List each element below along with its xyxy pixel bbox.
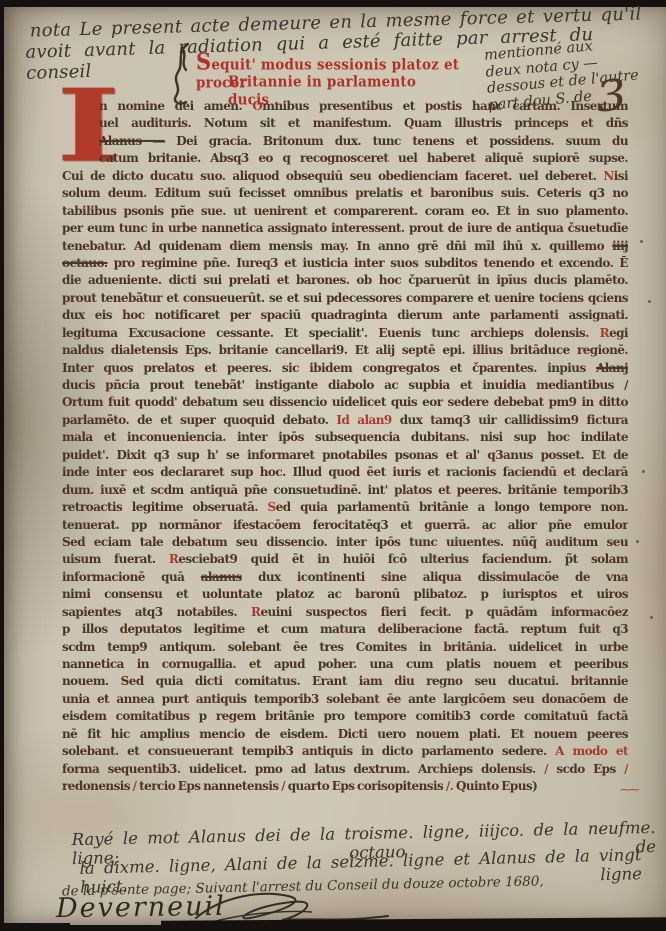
manuscript-line: retroactis legitime obseruatā. Sed quia …: [62, 500, 628, 518]
manuscript-line: inde inter eos declararet sup hoc. Illud…: [62, 465, 628, 483]
gothic-text: informacionē quā: [62, 570, 201, 584]
manuscript-line: ducis pñcia prout tenebãt' instigante di…: [62, 378, 628, 396]
manuscript-line: Alanus ― Dei gracia. Britonum dux. tunc …: [99, 134, 628, 152]
gothic-text: dux tamq3 uir callidissim9 fictura: [392, 413, 628, 427]
gothic-text: tercio Eps nannetensis: [136, 779, 281, 793]
manuscript-line: Cui de dicto ducatu suo. aliquod obsequi…: [62, 168, 628, 186]
manuscript-line: naldus dialetensis Eps. britanie cancell…: [62, 343, 628, 361]
manuscript-line: forma sequentib3. uidelicet. pmo ad latu…: [62, 761, 628, 779]
gothic-text: legituma Excusacione cessante. Et specia…: [62, 325, 600, 339]
manuscript-line: die adueniente. dicti sui prelati et bar…: [62, 273, 628, 291]
gothic-text: tenuerat. pp normānor ifestacōem ferocit…: [62, 517, 628, 531]
gothic-text: dux icontinenti sine aliqua dissimulacōe…: [242, 570, 628, 584]
gothic-text: egi: [609, 325, 628, 339]
gothic-text: esciebat9 quid ēt in huiōi fcō ulterius …: [178, 552, 628, 566]
gothic-text: solebant. et consueuerant tempib3 antiqu…: [62, 744, 555, 758]
manuscript-line: catum britanie. Absq3 eo q recognosceret…: [99, 151, 628, 169]
gothic-text: redonensis: [62, 779, 133, 793]
gothic-text: uisum fuerat.: [62, 552, 169, 566]
struck-text: Alanj: [596, 360, 628, 374]
rubricated-text: R: [169, 552, 178, 566]
manuscript-line: nimi consensu et uoluntate platoz ac bar…: [62, 587, 628, 605]
rubricated-text: Id alan9: [336, 413, 391, 427]
scan-edge-bottom: [161, 917, 666, 931]
gothic-text: ducis pñcia prout tenebãt' instigante di…: [62, 378, 628, 392]
gothic-text: solum deum. Editum suū fecisset omnibus …: [62, 186, 628, 200]
manuscript-text-block: n nomine dei amen. Omnibus presentibus e…: [62, 99, 628, 797]
gothic-text: Quinto Epus): [453, 779, 537, 793]
manuscript-line: solebant. et consueuerant tempib3 antiqu…: [62, 744, 628, 762]
gothic-text: scdm temp9 antiqum. solebant ēe tres Com…: [62, 639, 628, 653]
gothic-text: prout tenebãtur et consueuerūt. se et su…: [62, 291, 628, 305]
gothic-text: sapientes atq3 notabiles.: [62, 604, 251, 618]
gothic-text: n nomine dei amen.: [99, 99, 252, 113]
gothic-text: nannetica in cornugallia. et apud poher.…: [62, 657, 628, 671]
gothic-text: tenebatur. Ad quidenam diem mensis may. …: [62, 238, 612, 252]
gothic-text: naldus dialetensis Eps. britanie cancell…: [62, 343, 628, 357]
manuscript-line: per eum tunc in urbe nannetica assignato…: [62, 221, 628, 239]
manuscript-line: tenebatur. Ad quidenam diem mensis may. …: [62, 238, 628, 256]
manuscript-scan-page: { "palette":{"background":"#14110e","par…: [0, 0, 666, 931]
gothic-text: Cui de dicto ducatu suo. aliquod obsequi…: [62, 168, 603, 182]
gothic-text: ed quia parlamentū britānie a longo temp…: [276, 500, 628, 514]
gothic-text: pro regimine pñe. Iureq3 et iusticia int…: [107, 256, 628, 270]
manuscript-line: uisum fuerat. Resciebat9 quid ēt in huiō…: [62, 552, 628, 570]
manuscript-line: puidet'. Dixit q3 sup h' se informaret p…: [62, 447, 628, 465]
manuscript-line: nē fit hic amplius mencio de eisdem. Dic…: [62, 726, 628, 744]
struck-text: iiij: [612, 238, 628, 252]
gothic-text: retroactis legitime obseruatā.: [62, 500, 268, 514]
manuscript-line: tabilibus psonis pñe sue. ut uenirent et…: [62, 203, 628, 221]
manuscript-line: p illos deputatos legitime et cum matura…: [62, 622, 628, 640]
manuscript-line: Ortum fuit quodd' debatum seu dissencio …: [62, 395, 628, 413]
ink-speck: [636, 540, 639, 543]
ink-speck: [642, 470, 645, 473]
gothic-text: scdo Eps: [548, 761, 624, 775]
gothic-text: inde inter eos declararet sup hoc. Illud…: [62, 465, 628, 479]
gothic-text: Inter quos prelatos et peeres. sic ibide…: [62, 360, 596, 374]
gothic-text: tabilibus psonis pñe sue. ut uenirent et…: [62, 203, 628, 217]
manuscript-line: tenuerat. pp normānor ifestacōem ferocit…: [62, 517, 628, 535]
gothic-text: nouem. Sed quia dicti comitatus. Erant i…: [62, 674, 628, 688]
manuscript-line: Inter quos prelatos et peeres. sic ibide…: [62, 360, 628, 378]
manuscript-line: parlamẽto. de et super quoquid debato. I…: [62, 413, 628, 431]
rubricated-text: R: [600, 325, 609, 339]
gothic-text: mnibus presentibus et postis hanc cartam…: [262, 99, 628, 113]
manuscript-line: eisdem comitatibus p regem britānie pro …: [62, 709, 628, 727]
gothic-text: parlamẽto. de et super quoquid debato.: [62, 413, 336, 427]
manuscript-line: nannetica in cornugallia. et apud poher.…: [62, 657, 628, 675]
gothic-text: quarto Eps corisopitensis: [285, 779, 446, 793]
manuscript-line: dum. iuxē et scdm antiquā pñe consuetudi…: [62, 482, 628, 500]
manuscript-line: octauo. pro regimine pñe. Iureq3 et iust…: [62, 256, 628, 274]
gothic-text: Sed eciam tale debatum seu dissencio. in…: [62, 535, 628, 549]
gothic-text: die adueniente. dicti sui prelati et bar…: [62, 273, 628, 287]
gothic-text: puidet'. Dixit q3 sup h' se informaret p…: [62, 447, 628, 461]
ink-speck: [648, 300, 651, 303]
gothic-text: per eum tunc in urbe nannetica assignato…: [62, 221, 628, 235]
scan-edge-corner: [0, 923, 70, 931]
manuscript-line: legituma Excusacione cessante. Et specia…: [62, 325, 628, 343]
gothic-text: dum. iuxē et scdm antiquā pñe consuetudi…: [62, 482, 628, 496]
manuscript-line: prout tenebãtur et consueuerūt. se et su…: [62, 291, 628, 309]
gothic-text: eisdem comitatibus p regem britānie pro …: [62, 709, 628, 723]
manuscript-line: nouem. Sed quia dicti comitatus. Erant i…: [62, 674, 628, 692]
gothic-text: unia et annea purt antiquis temporib3 so…: [62, 692, 628, 706]
manuscript-line: scdm temp9 antiqum. solebant ēe tres Com…: [62, 639, 628, 657]
rubricated-text: N: [603, 168, 613, 182]
gothic-text: Dei gracia. Britonum dux. tunc tenens et…: [165, 134, 628, 148]
manuscript-line: n nomine dei amen. Omnibus presentibus e…: [99, 99, 628, 117]
gothic-text: nimi consensu et uoluntate platoz ac bar…: [62, 587, 628, 601]
manuscript-line: uel audituris. Notum sit et manifestum. …: [99, 116, 628, 134]
manuscript-line: informacionē quā alanus dux icontinenti …: [62, 570, 628, 588]
struck-text: alanus: [201, 570, 242, 584]
manuscript-line: solum deum. Editum suū fecisset omnibus …: [62, 186, 628, 204]
gothic-text: mala et inconueniencia. inter ipōs subse…: [62, 430, 628, 444]
gothic-text: nē fit hic amplius mencio de eisdem. Dic…: [62, 726, 628, 740]
rubric-opener-capital: S: [196, 47, 211, 75]
rubricated-text: /: [624, 761, 628, 775]
ink-speck: [640, 240, 643, 243]
rubricated-text: S: [268, 500, 276, 514]
manuscript-line: redonensis / tercio Eps nannetensis / qu…: [62, 779, 628, 797]
rubricated-text: A modo et: [555, 744, 628, 758]
ink-speck: [650, 616, 653, 619]
struck-text: Alanus ―: [99, 134, 165, 148]
gothic-text: dux eis hoc notificaret per spaciū quadr…: [62, 308, 628, 322]
rubricated-text: O: [252, 99, 262, 113]
manuscript-line: unia et annea purt antiquis temporib3 so…: [62, 692, 628, 710]
gothic-text: isi: [614, 168, 628, 182]
manuscript-line: Sed eciam tale debatum seu dissencio. in…: [62, 535, 628, 553]
gothic-text: euini suspectos fieri fecit. p quādām in…: [260, 604, 628, 618]
manuscript-line: dux eis hoc notificaret per spaciū quadr…: [62, 308, 628, 326]
gothic-text: uel audituris. Notum sit et manifestum. …: [99, 116, 628, 130]
gothic-text: catum britanie. Absq3 eo q recognosceret…: [99, 151, 628, 165]
manuscript-line: mala et inconueniencia. inter ipōs subse…: [62, 430, 628, 448]
gothic-text: Ortum fuit quodd' debatum seu dissencio …: [62, 395, 628, 409]
gothic-text: p illos deputatos legitime et cum matura…: [62, 622, 628, 636]
red-margin-mark: ⁓⁓: [620, 783, 638, 796]
struck-text: octauo.: [62, 256, 107, 270]
manuscript-line: sapientes atq3 notabiles. Reuini suspect…: [62, 604, 628, 622]
gothic-text: forma sequentib3. uidelicet. pmo ad latu…: [62, 761, 544, 775]
